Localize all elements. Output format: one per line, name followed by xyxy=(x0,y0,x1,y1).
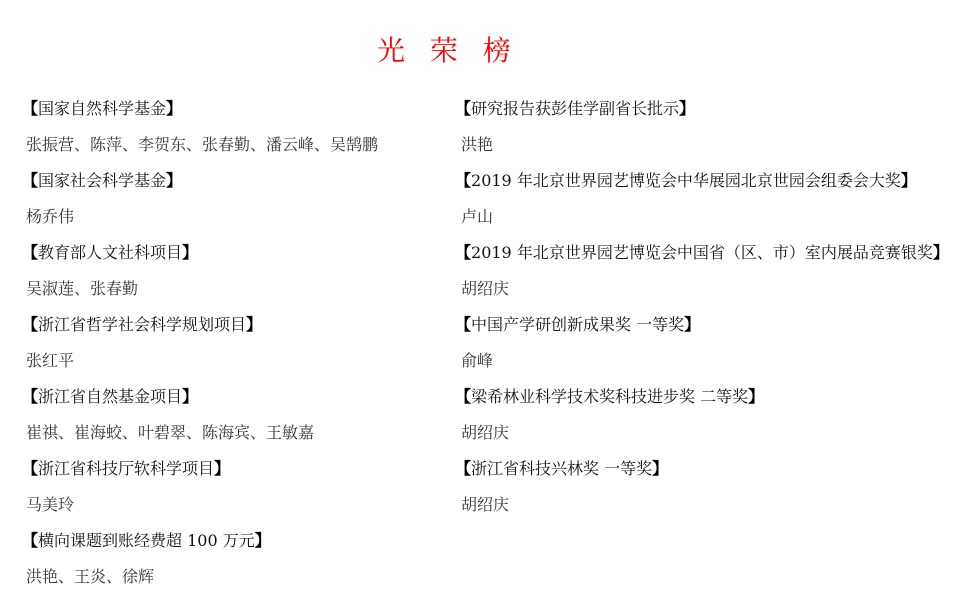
category-label: 2019 年北京世界园艺博览会中国省（区、市）室内展品竞赛银奖 xyxy=(471,243,933,262)
category-heading: 【国家社会科学基金】 xyxy=(22,167,378,203)
close-bracket: 】 xyxy=(901,171,917,190)
category-label: 浙江省自然基金项目 xyxy=(38,387,182,406)
category-label: 2019 年北京世界园艺博览会中华展园北京世园会组委会大奖 xyxy=(471,171,901,190)
honor-entry: 【浙江省科技厅软科学项目】 马美玲 xyxy=(22,455,378,527)
open-bracket: 【 xyxy=(455,99,471,118)
page-title: 光 荣 榜 xyxy=(377,33,519,69)
honor-entry: 【2019 年北京世界园艺博览会中国省（区、市）室内展品竞赛银奖】 胡绍庆 xyxy=(455,239,949,311)
category-heading: 【研究报告获彭佳学副省长批示】 xyxy=(455,95,949,131)
recipient-names: 洪艳 xyxy=(455,131,949,167)
open-bracket: 【 xyxy=(22,315,38,334)
recipient-names: 俞峰 xyxy=(455,347,949,383)
close-bracket: 】 xyxy=(246,315,262,334)
open-bracket: 【 xyxy=(22,171,38,190)
category-label: 国家社会科学基金 xyxy=(38,171,166,190)
recipient-names: 张红平 xyxy=(22,347,378,383)
close-bracket: 】 xyxy=(933,243,949,262)
honor-entry: 【国家自然科学基金】 张振营、陈萍、李贺东、张春勤、潘云峰、吴鹄鹏 xyxy=(22,95,378,167)
close-bracket: 】 xyxy=(182,243,198,262)
honor-entry: 【国家社会科学基金】 杨乔伟 xyxy=(22,167,378,239)
honor-entry: 【教育部人文社科项目】 吴淑莲、张春勤 xyxy=(22,239,378,311)
open-bracket: 【 xyxy=(455,387,471,406)
category-heading: 【2019 年北京世界园艺博览会中国省（区、市）室内展品竞赛银奖】 xyxy=(455,239,949,275)
recipient-names: 崔祺、崔海蛟、叶碧翠、陈海宾、王敏嘉 xyxy=(22,419,378,455)
category-heading: 【梁希林业科学技术奖科技进步奖 二等奖】 xyxy=(455,383,949,419)
category-heading: 【浙江省自然基金项目】 xyxy=(22,383,378,419)
close-bracket: 】 xyxy=(182,387,198,406)
category-label: 中国产学研创新成果奖 一等奖 xyxy=(471,315,684,334)
close-bracket: 】 xyxy=(679,99,695,118)
honor-entry: 【梁希林业科学技术奖科技进步奖 二等奖】 胡绍庆 xyxy=(455,383,949,455)
category-label: 浙江省哲学社会科学规划项目 xyxy=(38,315,246,334)
open-bracket: 【 xyxy=(455,171,471,190)
close-bracket: 】 xyxy=(748,387,764,406)
recipient-names: 卢山 xyxy=(455,203,949,239)
close-bracket: 】 xyxy=(684,315,700,334)
category-heading: 【浙江省科技厅软科学项目】 xyxy=(22,455,378,491)
category-heading: 【浙江省科技兴林奖 一等奖】 xyxy=(455,455,949,491)
right-column: 【研究报告获彭佳学副省长批示】 洪艳 【2019 年北京世界园艺博览会中华展园北… xyxy=(455,95,949,527)
category-heading: 【横向课题到账经费超 100 万元】 xyxy=(22,527,378,563)
close-bracket: 】 xyxy=(166,171,182,190)
category-label: 教育部人文社科项目 xyxy=(38,243,182,262)
open-bracket: 【 xyxy=(455,315,471,334)
close-bracket: 】 xyxy=(255,531,271,550)
recipient-names: 杨乔伟 xyxy=(22,203,378,239)
open-bracket: 【 xyxy=(22,243,38,262)
category-label: 浙江省科技厅软科学项目 xyxy=(38,459,214,478)
open-bracket: 【 xyxy=(455,243,471,262)
category-label: 梁希林业科学技术奖科技进步奖 二等奖 xyxy=(471,387,748,406)
open-bracket: 【 xyxy=(22,531,38,550)
category-label: 浙江省科技兴林奖 一等奖 xyxy=(471,459,652,478)
honor-entry: 【2019 年北京世界园艺博览会中华展园北京世园会组委会大奖】 卢山 xyxy=(455,167,949,239)
recipient-names: 洪艳、王炎、徐辉 xyxy=(22,563,378,599)
left-column: 【国家自然科学基金】 张振营、陈萍、李贺东、张春勤、潘云峰、吴鹄鹏 【国家社会科… xyxy=(22,95,378,599)
honor-entry: 【浙江省自然基金项目】 崔祺、崔海蛟、叶碧翠、陈海宾、王敏嘉 xyxy=(22,383,378,455)
open-bracket: 【 xyxy=(22,99,38,118)
honor-entry: 【中国产学研创新成果奖 一等奖】 俞峰 xyxy=(455,311,949,383)
category-heading: 【中国产学研创新成果奖 一等奖】 xyxy=(455,311,949,347)
category-label: 国家自然科学基金 xyxy=(38,99,166,118)
category-label: 研究报告获彭佳学副省长批示 xyxy=(471,99,679,118)
close-bracket: 】 xyxy=(214,459,230,478)
category-heading: 【国家自然科学基金】 xyxy=(22,95,378,131)
close-bracket: 】 xyxy=(166,99,182,118)
recipient-names: 胡绍庆 xyxy=(455,419,949,455)
recipient-names: 吴淑莲、张春勤 xyxy=(22,275,378,311)
open-bracket: 【 xyxy=(455,459,471,478)
open-bracket: 【 xyxy=(22,387,38,406)
recipient-names: 张振营、陈萍、李贺东、张春勤、潘云峰、吴鹄鹏 xyxy=(22,131,378,167)
category-heading: 【2019 年北京世界园艺博览会中华展园北京世园会组委会大奖】 xyxy=(455,167,949,203)
open-bracket: 【 xyxy=(22,459,38,478)
category-heading: 【教育部人文社科项目】 xyxy=(22,239,378,275)
honor-entry: 【横向课题到账经费超 100 万元】 洪艳、王炎、徐辉 xyxy=(22,527,378,599)
honor-entry: 【浙江省科技兴林奖 一等奖】 胡绍庆 xyxy=(455,455,949,527)
recipient-names: 胡绍庆 xyxy=(455,491,949,527)
recipient-names: 马美玲 xyxy=(22,491,378,527)
category-label: 横向课题到账经费超 100 万元 xyxy=(38,531,255,550)
recipient-names: 胡绍庆 xyxy=(455,275,949,311)
honor-entry: 【研究报告获彭佳学副省长批示】 洪艳 xyxy=(455,95,949,167)
close-bracket: 】 xyxy=(652,459,668,478)
honor-entry: 【浙江省哲学社会科学规划项目】 张红平 xyxy=(22,311,378,383)
category-heading: 【浙江省哲学社会科学规划项目】 xyxy=(22,311,378,347)
